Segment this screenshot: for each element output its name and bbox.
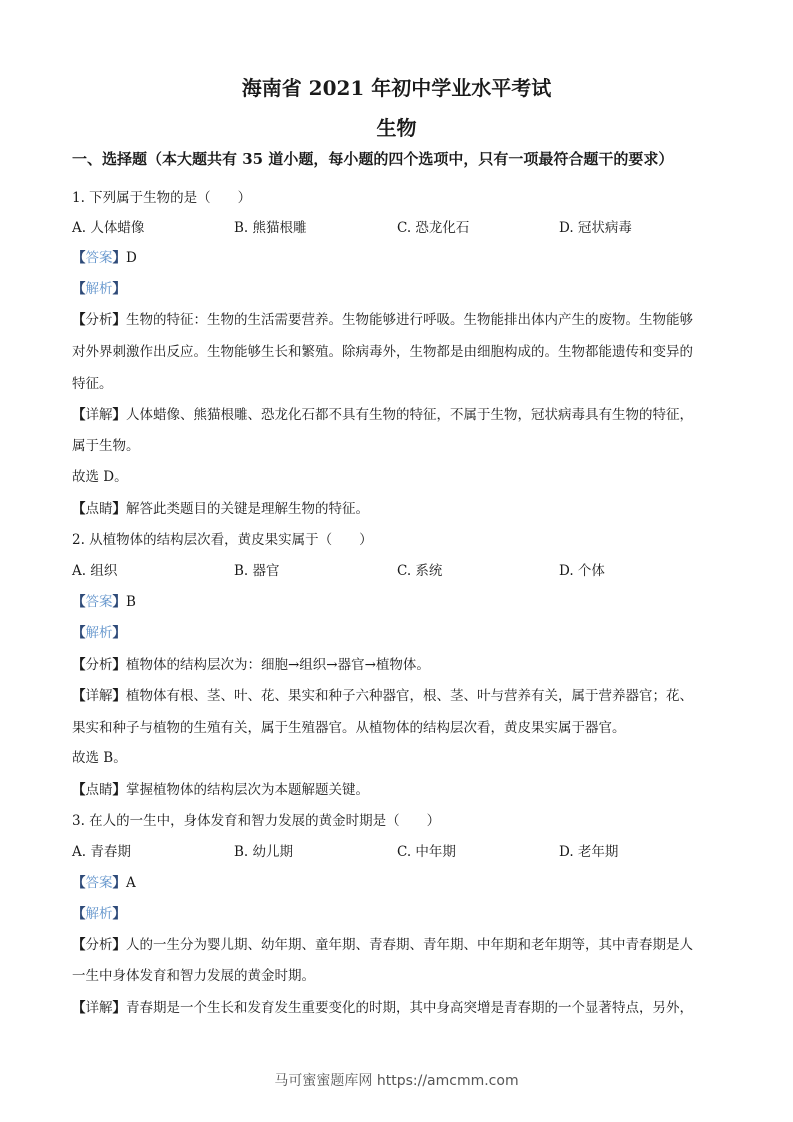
analysis-heading: 【解析】 <box>72 277 126 297</box>
question-stem: 2. 从植物体的结构层次看，黄皮果实属于（ ） <box>72 528 373 548</box>
exam-title: 海南省 2021 年初中学业水平考试 <box>0 72 793 101</box>
answer-line: 【答案】B <box>72 590 136 610</box>
xiangjie-line: 果实和种子与植物的生殖有关，属于生殖器官。从植物体的结构层次看，黄皮果实属于器官… <box>72 716 626 736</box>
fenxi-line: 对外界刺激作出反应。生物能够生长和繁殖。除病毒外，生物都是由细胞构成的。生物都能… <box>72 340 693 360</box>
option-d: D. 老年期 <box>559 840 618 860</box>
question-stem: 3. 在人的一生中，身体发育和智力发展的黄金时期是（ ） <box>72 809 440 829</box>
xiangjie-paragraph: 【详解】植物体有根、茎、叶、花、果实和种子六种器官，根、茎、叶与营养有关，属于营… <box>72 684 693 704</box>
option-a: A. 人体蜡像 <box>72 216 144 236</box>
xiangjie-paragraph: 【详解】青春期是一个生长和发育发生重要变化的时期，其中身高突增是青春期的一个显著… <box>72 996 693 1016</box>
question-stem: 1. 下列属于生物的是（ ） <box>72 186 251 206</box>
option-a: A. 青春期 <box>72 840 131 860</box>
subject-title: 生物 <box>0 112 793 141</box>
option-d: D. 冠状病毒 <box>559 216 632 236</box>
answer-tag: 答案 <box>86 250 113 266</box>
dianjing-paragraph: 【点睛】解答此类题目的关键是理解生物的特征。 <box>72 497 369 517</box>
answer-line: 【答案】A <box>72 871 136 891</box>
fenxi-line: 特征。 <box>72 372 113 392</box>
option-b: B. 熊猫根雕 <box>234 216 307 236</box>
fenxi-paragraph: 【分析】人的一生分为婴儿期、幼年期、童年期、青春期、青年期、中年期和老年期等，其… <box>72 933 693 953</box>
option-a: A. 组织 <box>72 559 117 579</box>
exam-page: 海南省 2021 年初中学业水平考试 生物 一、选择题（本大题共有 35 道小题… <box>0 0 793 1122</box>
option-b: B. 器官 <box>234 559 280 579</box>
option-c: C. 系统 <box>397 559 442 579</box>
option-c: C. 中年期 <box>397 840 456 860</box>
watermark-footer: 马可蜜蜜题库网 https://amcmm.com <box>0 1070 793 1090</box>
xiangjie-line: 属于生物。 <box>72 434 140 454</box>
answer-value: D <box>126 250 137 266</box>
conclusion: 故选 B。 <box>72 746 127 766</box>
option-b: B. 幼儿期 <box>234 840 293 860</box>
dianjing-paragraph: 【点睛】掌握植物体的结构层次为本题解题关键。 <box>72 778 369 798</box>
fenxi-paragraph: 【分析】植物体的结构层次为：细胞→组织→器官→植物体。 <box>72 653 430 673</box>
fenxi-line: 一生中身体发育和智力发展的黄金时期。 <box>72 964 315 984</box>
section-heading: 一、选择题（本大题共有 35 道小题，每小题的四个选项中，只有一项最符合题干的要… <box>72 148 673 169</box>
option-d: D. 个体 <box>559 559 605 579</box>
conclusion: 故选 D。 <box>72 465 128 485</box>
fenxi-paragraph: 【分析】生物的特征：生物的生活需要营养。生物能够进行呼吸。生物能排出体内产生的废… <box>72 308 693 328</box>
xiangjie-paragraph: 【详解】人体蜡像、熊猫根雕、恐龙化石都不具有生物的特征，不属于生物，冠状病毒具有… <box>72 403 693 423</box>
answer-line: 【答案】D <box>72 246 137 266</box>
analysis-heading: 【解析】 <box>72 621 126 641</box>
analysis-heading: 【解析】 <box>72 902 126 922</box>
option-c: C. 恐龙化石 <box>397 216 469 236</box>
